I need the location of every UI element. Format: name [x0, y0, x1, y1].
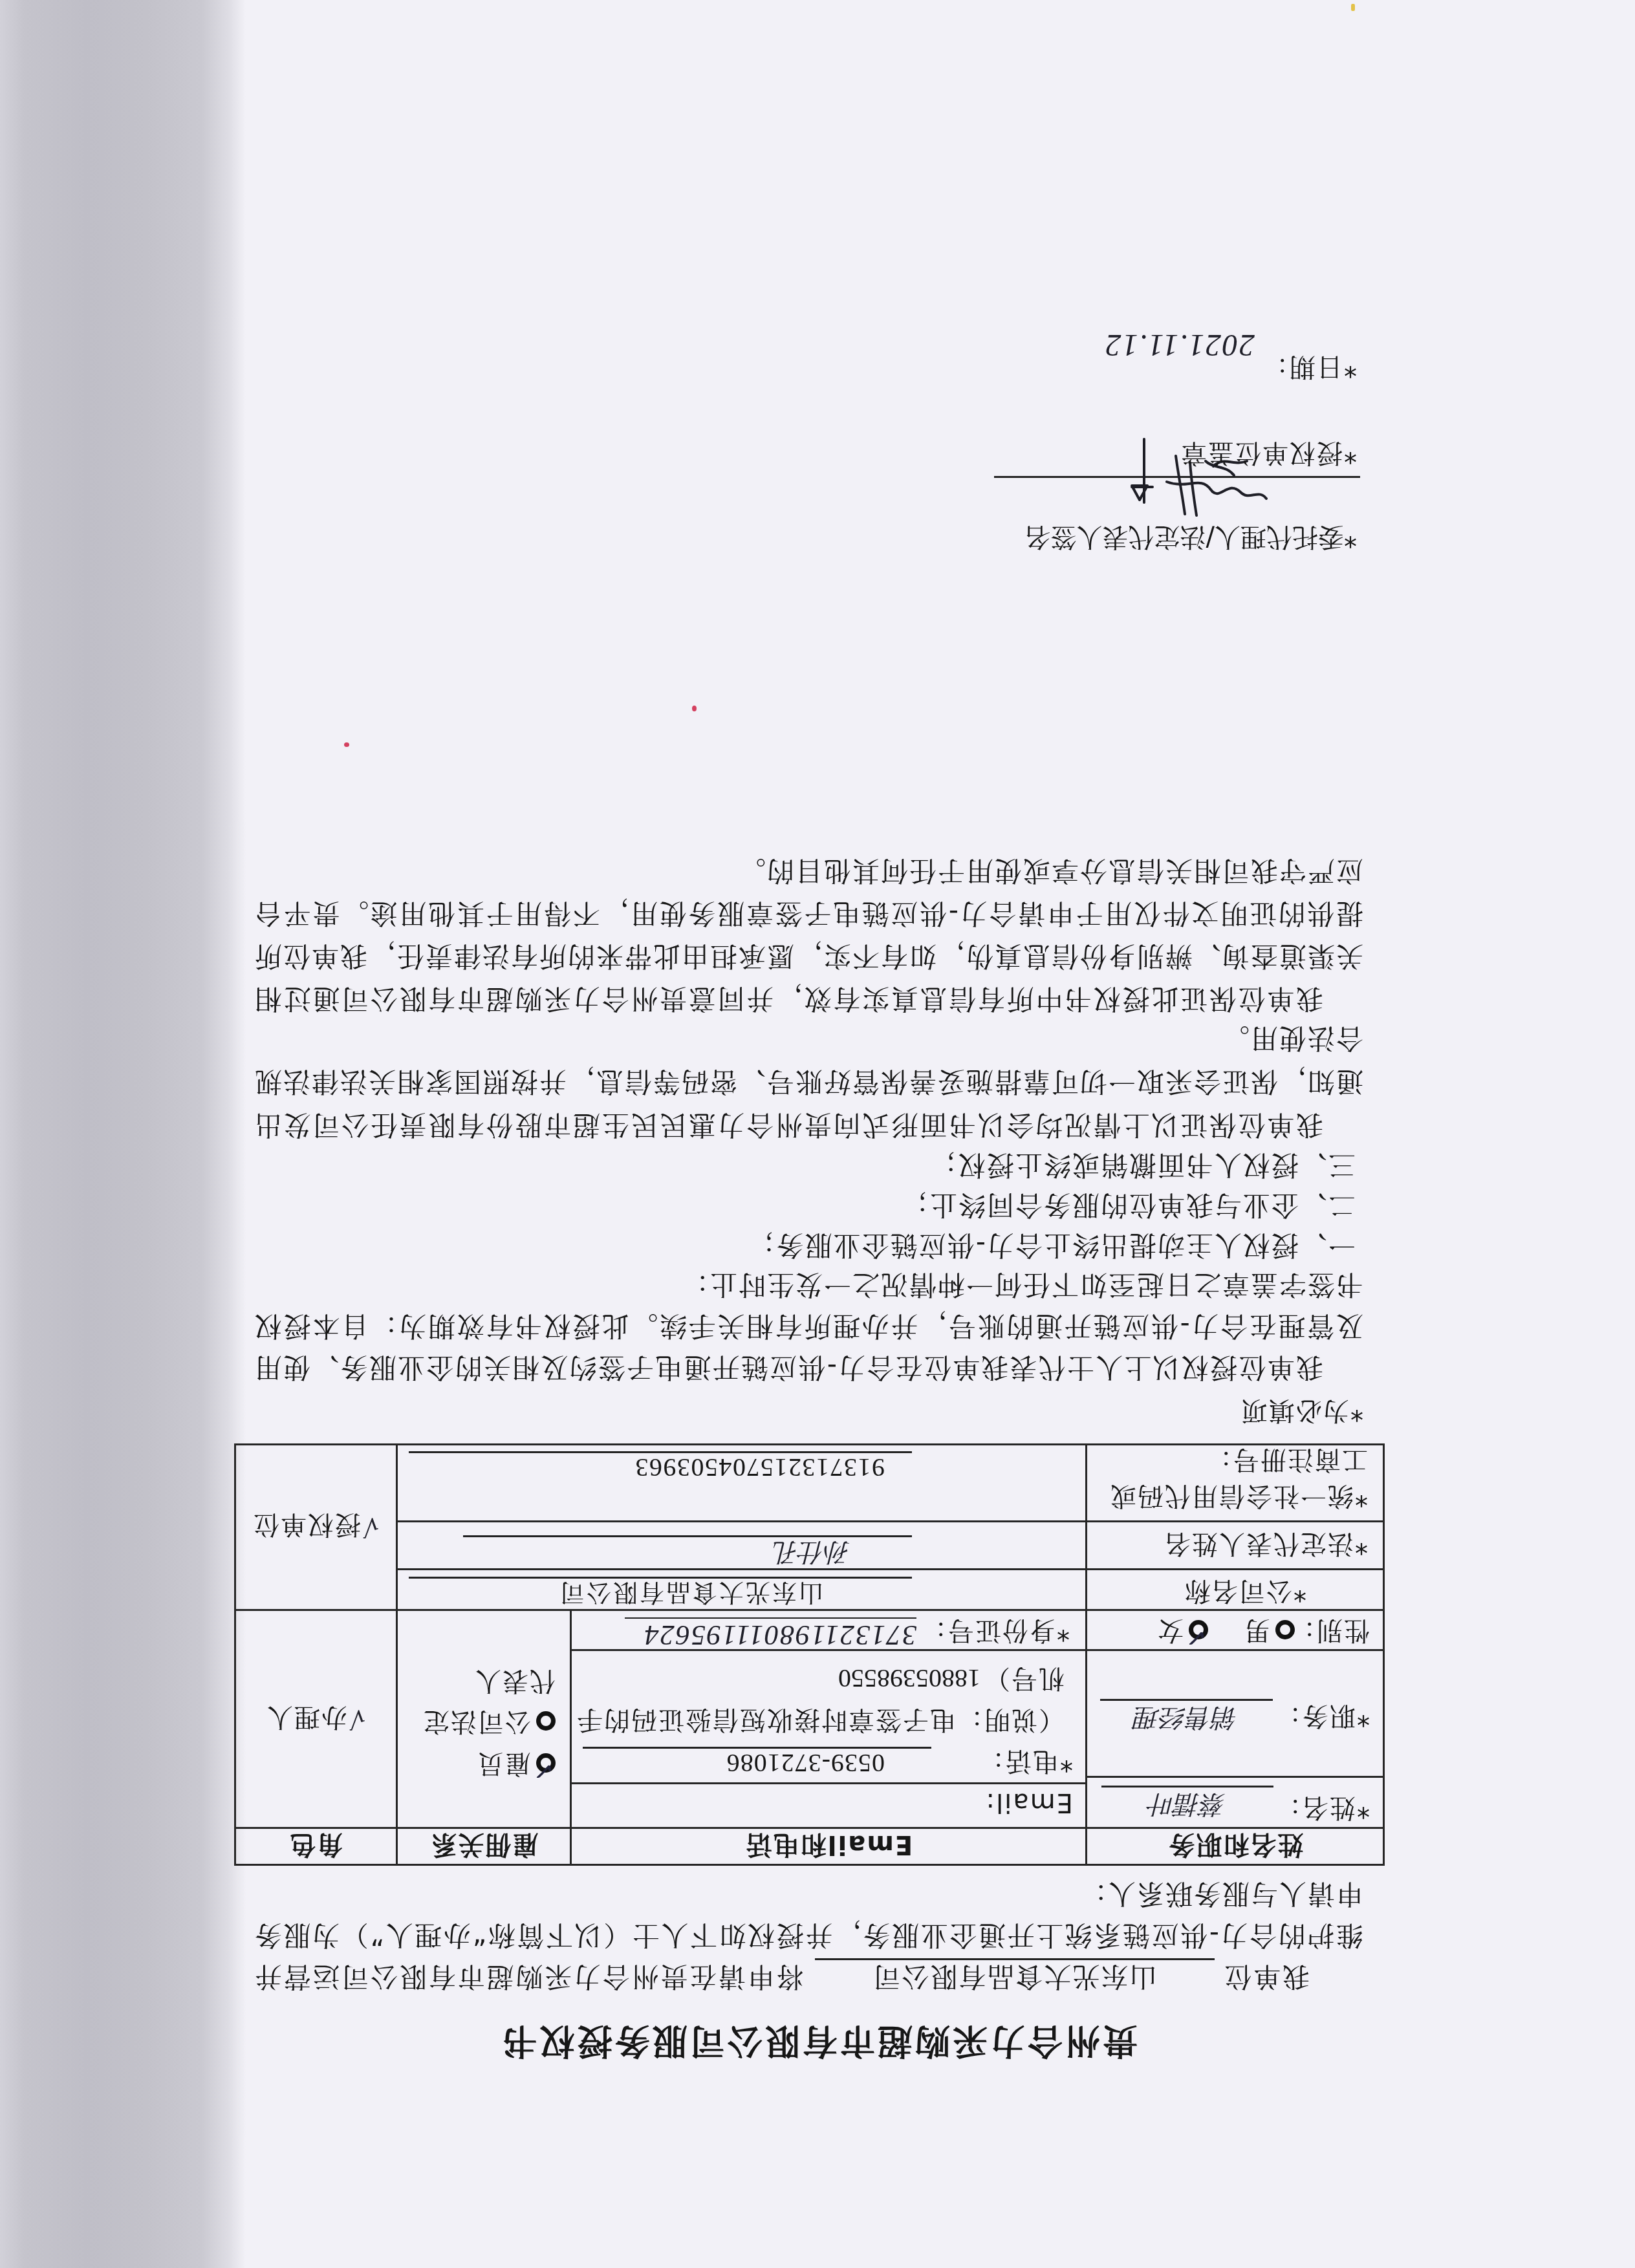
credit-code-value: 913713215704503963 [409, 1451, 912, 1484]
date-label: *日期： [1261, 351, 1357, 383]
company-name-value: 山东光大食品有限公司 [409, 1577, 912, 1609]
gender-option-male: ✓男 [1243, 1614, 1295, 1647]
seal-label: *授权单位盖章 [1180, 437, 1357, 469]
table-rule [397, 1568, 1385, 1570]
condition-item: 二、企业与我单位的服务合同终止； [747, 1185, 1356, 1225]
gender-option-female: ✓女 [1156, 1614, 1208, 1647]
radio-circle-icon: ✓ [536, 1753, 556, 1773]
table-rule [397, 1520, 1385, 1522]
agent-mobile-value: 18805398550 [838, 1664, 980, 1693]
radio-circle-icon: ✓ [536, 1711, 556, 1731]
employment-option-employee: ✓雇员 [477, 1747, 556, 1780]
agent-position-label: *职务： [1274, 1700, 1370, 1732]
handwritten-check-icon: ✓ [1183, 1623, 1209, 1652]
employment-option-label: 雇员 [477, 1749, 531, 1778]
ink-speck [344, 742, 349, 747]
guarantee-paragraph: 我单位保证以上情况均会以书面形式向贵州合力惠民民生超市股份有限责任公司发出通知，… [254, 1017, 1363, 1147]
required-note: *为必填项 [1240, 1394, 1363, 1427]
agent-position-value: 销售经理 [1100, 1699, 1273, 1733]
agent-id-label: *身份证号： [920, 1614, 1070, 1647]
agent-gender-label: 性别： [1288, 1614, 1370, 1647]
document-title: 贵州合力采购超市有限公司服务授权书 [253, 2021, 1385, 2060]
header-role: 角色 [234, 1828, 397, 1866]
ink-speck [692, 706, 697, 711]
gender-option-label: 男 [1243, 1615, 1270, 1645]
legal-rep-label: *法定代表人姓名 [1164, 1528, 1368, 1560]
agent-phone-label: *电话： [977, 1745, 1073, 1777]
role-agent-label: 办理人 [266, 1701, 347, 1738]
authorization-paragraph: 我单位授权以上人士代表我单位在合力-供应链开通电子签约及相关的企业服务、使用及管… [254, 1264, 1363, 1388]
header-name-position: 姓名和职务 [1087, 1828, 1385, 1866]
table-rule [571, 1782, 1087, 1784]
legal-rep-value: 孙仕孔 [463, 1535, 912, 1568]
gender-option-label: 女 [1156, 1615, 1184, 1645]
condition-item: 三、授权人书面撤销或终止授权； [747, 1145, 1356, 1185]
paper-mark [1351, 4, 1355, 11]
role-company-label: 授权单位 [252, 1509, 361, 1546]
agent-name-label: *姓名： [1274, 1791, 1370, 1824]
termination-conditions: 一、授权人主动提出终止合力-供应链企业服务； 二、企业与我单位的服务合同终止； … [747, 1145, 1356, 1265]
scanned-document-page: 贵州合力采购超市有限公司服务授权书 我单位山东光大食品有限公司将申请在贵州合力采… [0, 0, 1635, 2268]
intro-prefix: 我单位 [1223, 1961, 1310, 1993]
company-name-label: *公司名称 [1184, 1575, 1306, 1607]
header-employment: 雇佣关系 [397, 1828, 571, 1866]
employment-option-label: 公司法定代表人 [422, 1666, 556, 1736]
credit-code-label: *统一社会信用代码或工商注册号： [1090, 1442, 1368, 1514]
handwritten-check-icon: ✓ [530, 1756, 557, 1786]
agent-phone-value: 0539-3721086 [583, 1747, 931, 1779]
handwritten-check-icon: √ [349, 1705, 365, 1734]
handwritten-check-icon: √ [362, 1513, 379, 1541]
mobile-note-text: （说明：电子签章时接收短信验证码的手机号） [576, 1663, 1065, 1734]
header-email-phone: Email和电话 [571, 1828, 1087, 1866]
role-agent: √办理人 [234, 1610, 397, 1828]
role-company: √授权单位 [234, 1443, 397, 1610]
table-rule [1085, 1443, 1087, 1866]
scan-shadow-strip [0, 0, 246, 2268]
intro-paragraph: 我单位山东光大食品有限公司将申请在贵州合力采购超市有限公司运营并维护的合力-供应… [254, 1873, 1363, 1997]
radio-circle-icon: ✓ [1275, 1620, 1295, 1639]
employment-option-legal-rep: ✓公司法定代表人 [407, 1660, 556, 1742]
agent-mobile-note: （说明：电子签章时接收短信验证码的手机号）18805398550 [573, 1658, 1065, 1740]
agent-name-value: 蔡擂叶 [1101, 1786, 1273, 1820]
condition-item: 一、授权人主动提出终止合力-供应链企业服务； [747, 1225, 1356, 1265]
guarantee-paragraph: 我单位保证此授权书中所有信息真实有效，并同意贵州合力采购超市有限公司通过相关渠道… [254, 849, 1363, 1020]
agent-email-label: Email: [985, 1786, 1073, 1819]
date-value: 2021.11.12 [1105, 325, 1255, 364]
intro-company-name: 山东光大食品有限公司 [815, 1958, 1215, 1993]
radio-circle-icon: ✓ [1189, 1620, 1208, 1639]
agent-id-value: 371321198011195624 [625, 1617, 916, 1651]
table-rule [1087, 1776, 1385, 1778]
table-rule [234, 1609, 1385, 1611]
